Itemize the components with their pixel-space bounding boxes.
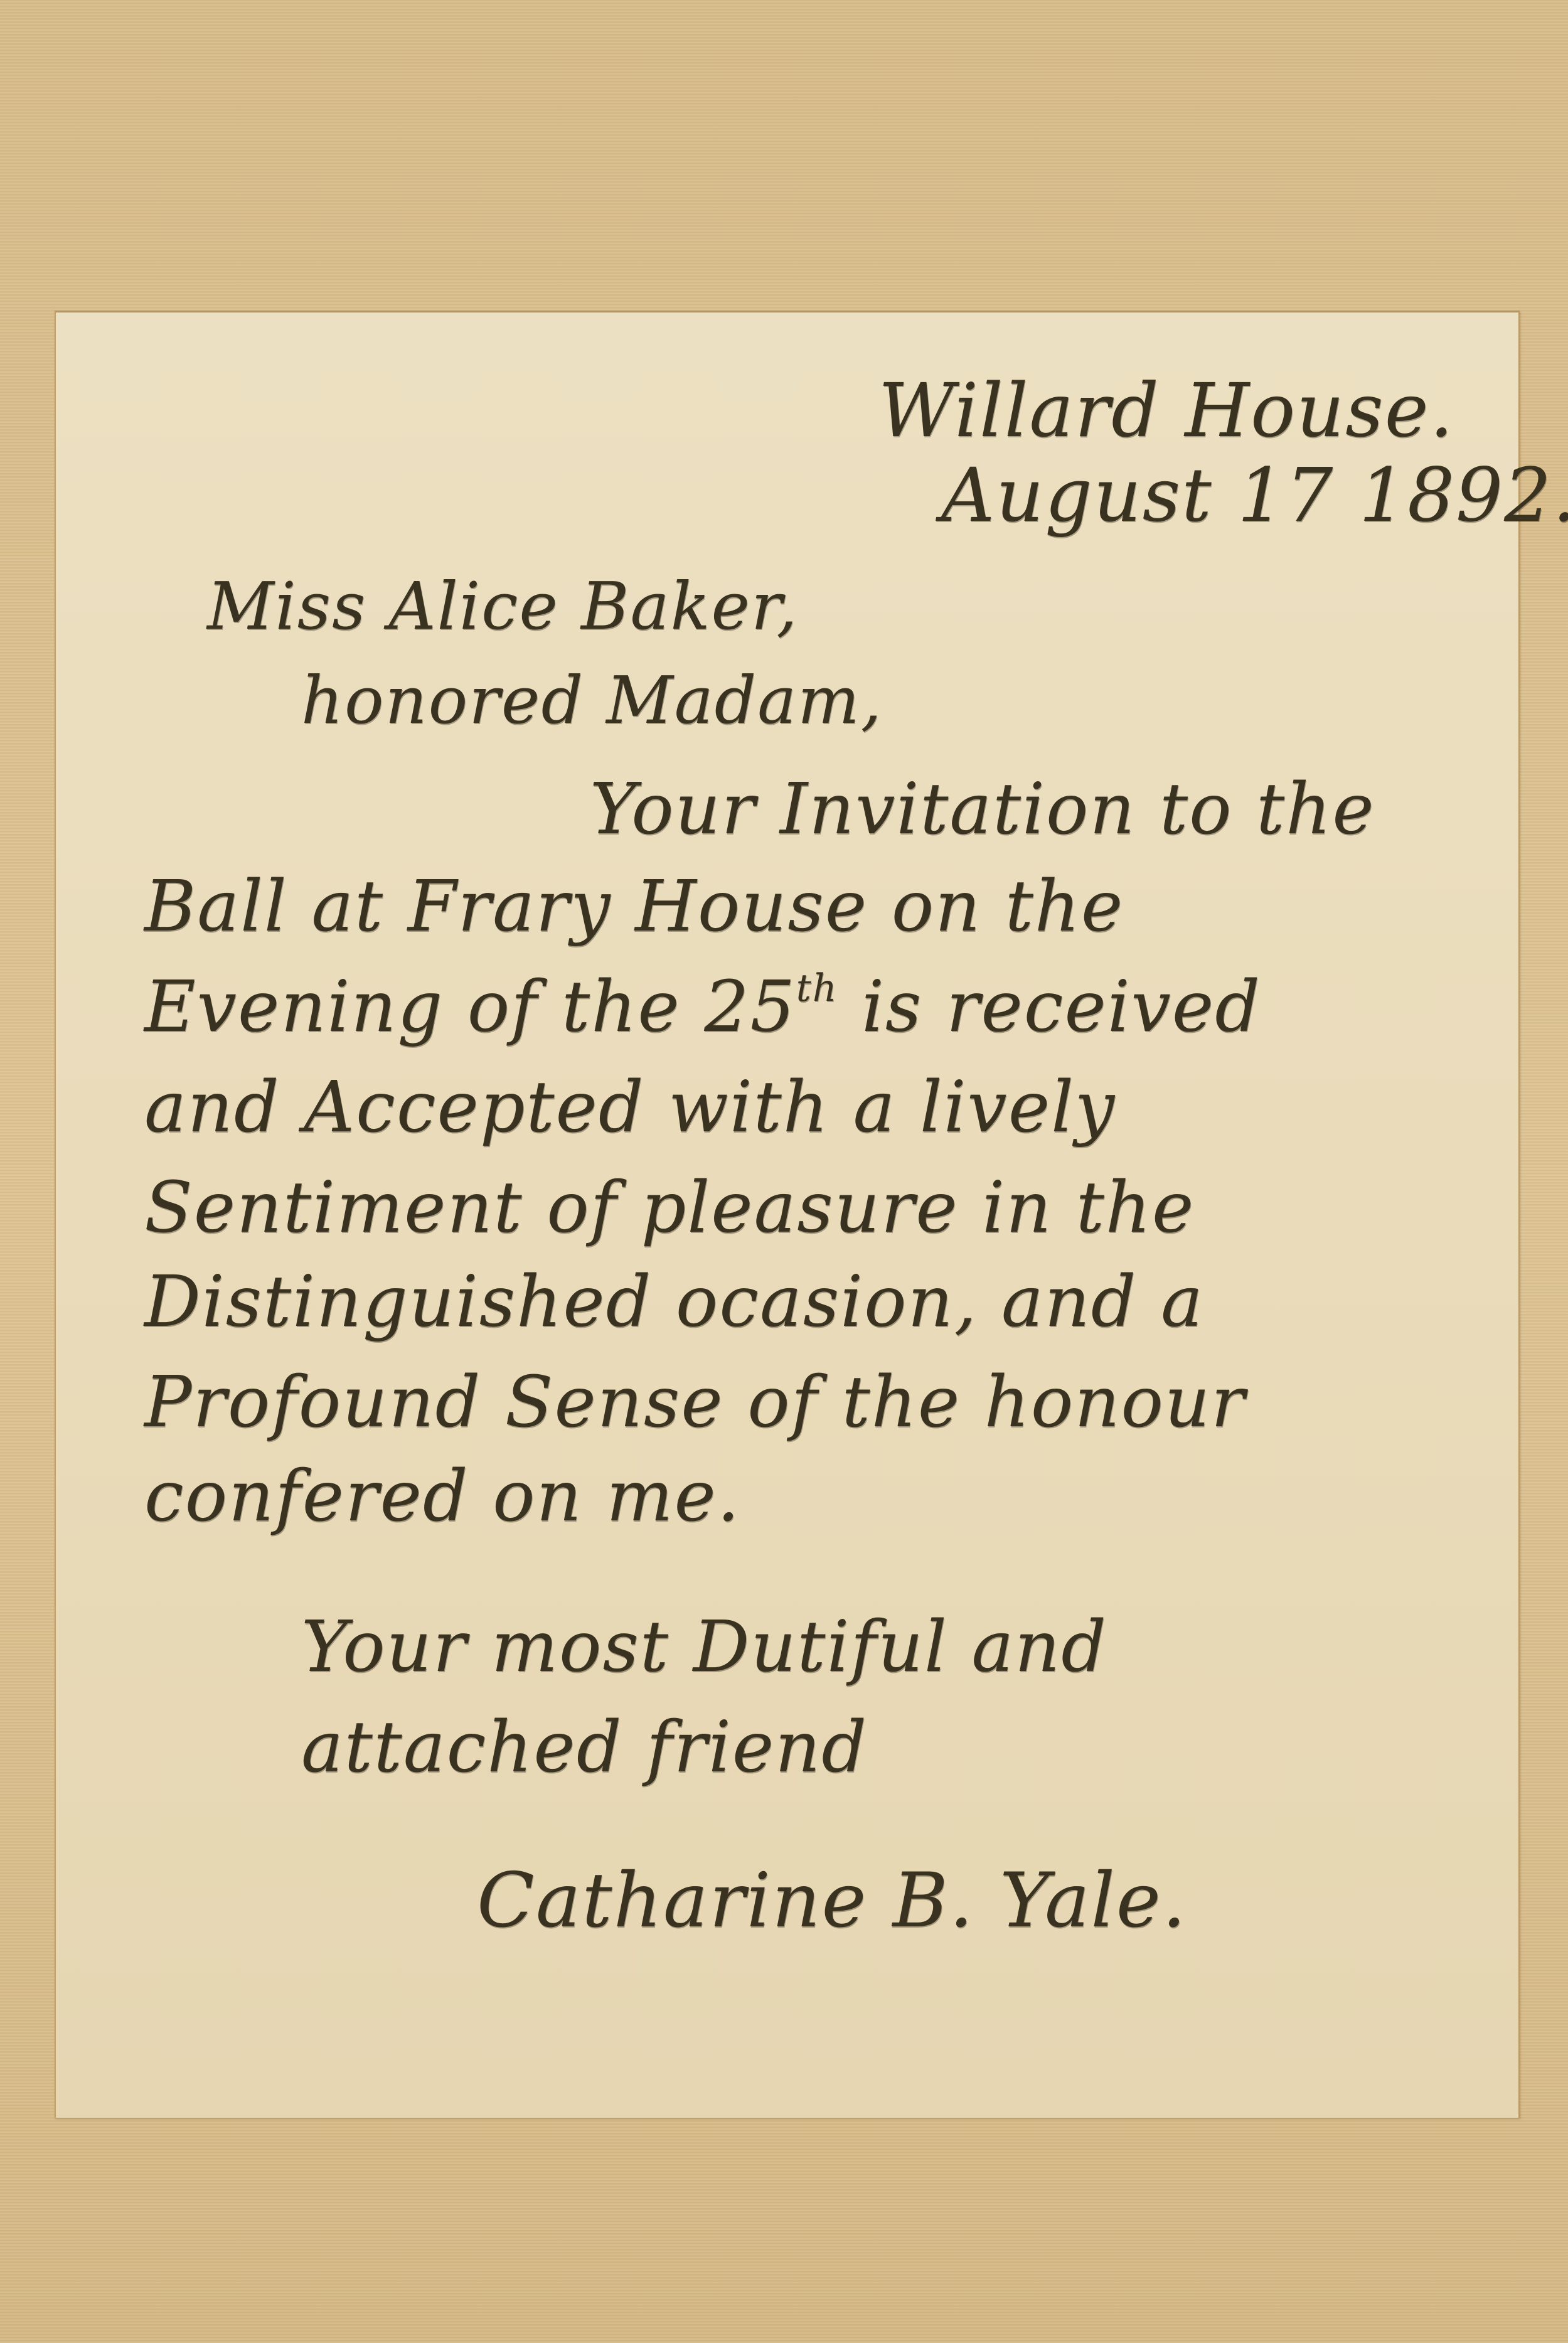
greeting: honored Madam, — [301, 662, 883, 739]
body-line-4: and Accepted with a lively — [144, 1067, 1116, 1148]
letter-place: Willard House. — [878, 367, 1454, 454]
body-line-5: Sentiment of pleasure in the — [144, 1167, 1195, 1249]
body-line-3: Evening of the 25th is received — [144, 966, 1261, 1048]
body-line-7: Profound Sense of the honour — [144, 1362, 1246, 1443]
letter-date: August 17 1892. — [941, 452, 1568, 538]
body-line-3-text: Evening of the 25 — [144, 966, 796, 1048]
recipient-name: Miss Alice Baker, — [207, 568, 798, 644]
body-line-2: Ball at Frary House on the — [144, 866, 1124, 947]
body-line-1: Your Invitation to the — [590, 769, 1375, 850]
ordinal-suffix: th — [796, 966, 838, 1010]
mounting-mat: Willard House. August 17 1892. Miss Alic… — [0, 0, 1568, 2343]
body-line-3-tail: is received — [838, 966, 1261, 1048]
closing-line-1: Your most Dutiful and — [301, 1606, 1107, 1688]
body-line-6: Distinguished ocasion, and a — [144, 1261, 1204, 1343]
signature: Catharine B. Yale. — [477, 1857, 1187, 1945]
closing-line-2: attached friend — [301, 1707, 868, 1788]
body-line-8: confered on me. — [144, 1456, 740, 1537]
